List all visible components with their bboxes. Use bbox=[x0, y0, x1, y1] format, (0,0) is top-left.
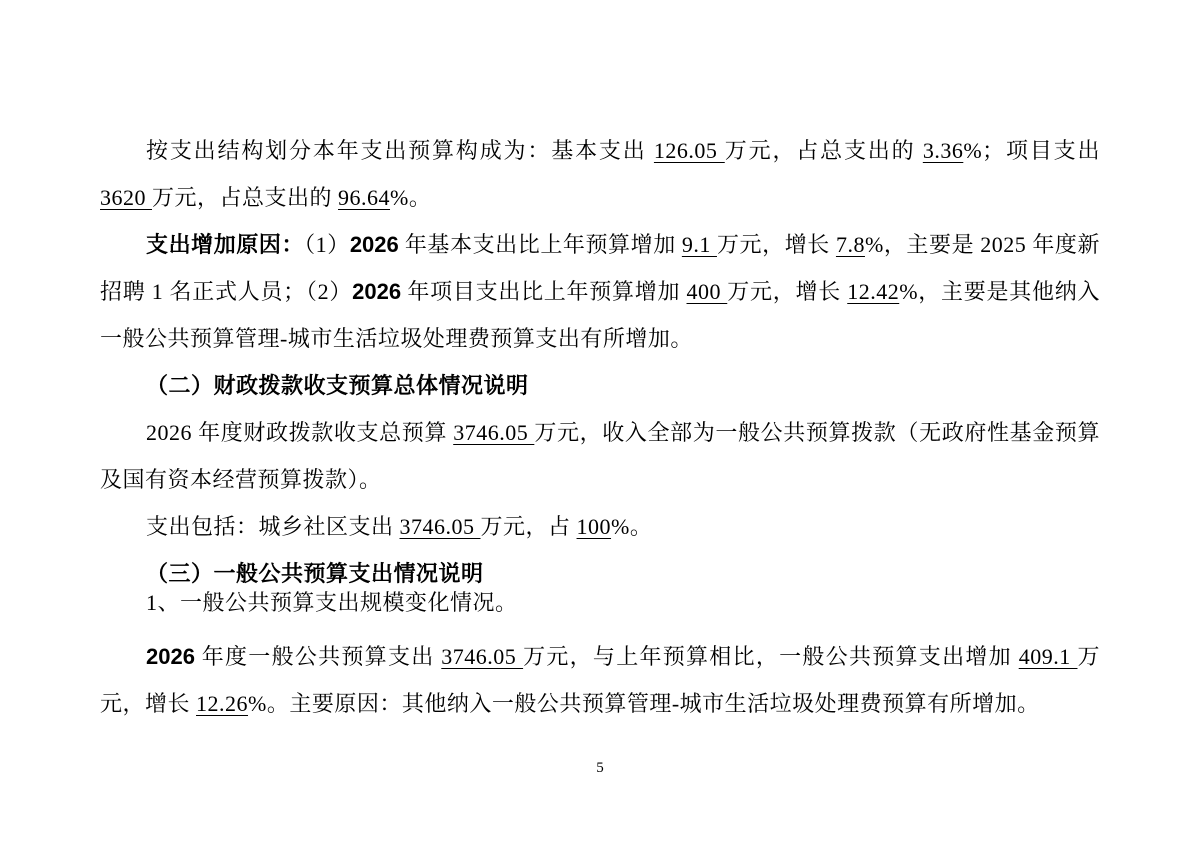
text-run: 年项目支出比上年预算增加 bbox=[401, 279, 686, 304]
document-page: 按支出结构划分本年支出预算构成为：基本支出 126.05 万元，占总支出的 3.… bbox=[0, 0, 1200, 848]
text-run: %；项目支出 bbox=[963, 138, 1106, 163]
text-run: 万元，占总支出的 bbox=[725, 138, 923, 163]
text-run: 400 bbox=[687, 279, 728, 304]
text-run: 支出包括：城乡社区支出 bbox=[146, 514, 400, 539]
paragraph-scale-change-title: 1、一般公共预算支出规模变化情况。 bbox=[100, 585, 1100, 621]
text-run: 9.1 bbox=[682, 232, 717, 257]
text-run: （三）一般公共预算支出情况说明 bbox=[146, 561, 484, 586]
page-number: 5 bbox=[0, 758, 1200, 778]
text-run: 万元，增长 bbox=[717, 232, 836, 257]
document-body: 按支出结构划分本年支出预算构成为：基本支出 126.05 万元，占总支出的 3.… bbox=[0, 0, 1200, 727]
text-run: 409.1 bbox=[1019, 644, 1078, 669]
text-run: 3746.05 bbox=[400, 514, 481, 539]
text-run: 3746.05 bbox=[441, 644, 523, 669]
text-run: 年基本支出比上年预算增加 bbox=[399, 232, 682, 257]
text-run: 万元，占总支出的 bbox=[152, 185, 338, 210]
text-run: 2026 bbox=[146, 644, 195, 669]
paragraph-fiscal-appropriation-total: 2026 年度财政拨款收支总预算 3746.05 万元，收入全部为一般公共预算拨… bbox=[100, 409, 1100, 503]
text-run: 7.8 bbox=[836, 232, 865, 257]
paragraph-expenditure-structure: 按支出结构划分本年支出预算构成为：基本支出 126.05 万元，占总支出的 3.… bbox=[100, 127, 1100, 221]
text-run: 96.64 bbox=[338, 185, 390, 210]
text-run: 2026 bbox=[350, 232, 399, 257]
text-run: 年度一般公共预算支出 bbox=[195, 644, 441, 669]
text-run: 2026 bbox=[352, 279, 401, 304]
text-run: 3620 bbox=[100, 185, 152, 210]
text-run: %。 bbox=[390, 185, 431, 210]
text-run: （二）财政拨款收支预算总体情况说明 bbox=[146, 373, 529, 398]
text-run: （1） bbox=[304, 232, 350, 257]
text-run: 3.36 bbox=[923, 138, 964, 163]
paragraph-general-public-budget: 2026 年度一般公共预算支出 3746.05 万元，与上年预算相比，一般公共预… bbox=[100, 633, 1100, 727]
text-run: 12.26 bbox=[196, 691, 248, 716]
paragraph-expenditure-includes: 支出包括：城乡社区支出 3746.05 万元，占 100%。 bbox=[100, 503, 1100, 550]
text-run: 万元，与上年预算相比，一般公共预算支出增加 bbox=[523, 644, 1019, 669]
text-run: 2026 年度财政拨款收支总预算 bbox=[146, 420, 453, 445]
text-run: %。 bbox=[611, 514, 652, 539]
text-run: 按支出结构划分本年支出预算构成为：基本支出 bbox=[146, 138, 654, 163]
text-run: 126.05 bbox=[654, 138, 725, 163]
text-run: %。主要原因：其他纳入一般公共预算管理-城市生活垃圾处理费预算有所增加。 bbox=[248, 691, 1040, 716]
text-run: 万元，增长 bbox=[727, 279, 847, 304]
text-run: 3746.05 bbox=[453, 420, 534, 445]
text-run: 1、一般公共预算支出规模变化情况。 bbox=[146, 590, 518, 615]
paragraph-expenditure-increase-reason: 支出增加原因：（1）2026 年基本支出比上年预算增加 9.1 万元，增长 7.… bbox=[100, 221, 1100, 362]
text-run: 支出增加原因： bbox=[146, 232, 304, 257]
text-run: 万元，占 bbox=[481, 514, 577, 539]
section-heading-2: （二）财政拨款收支预算总体情况说明 bbox=[100, 362, 1100, 409]
text-run: 100 bbox=[577, 514, 612, 539]
text-run: 12.42 bbox=[847, 279, 899, 304]
